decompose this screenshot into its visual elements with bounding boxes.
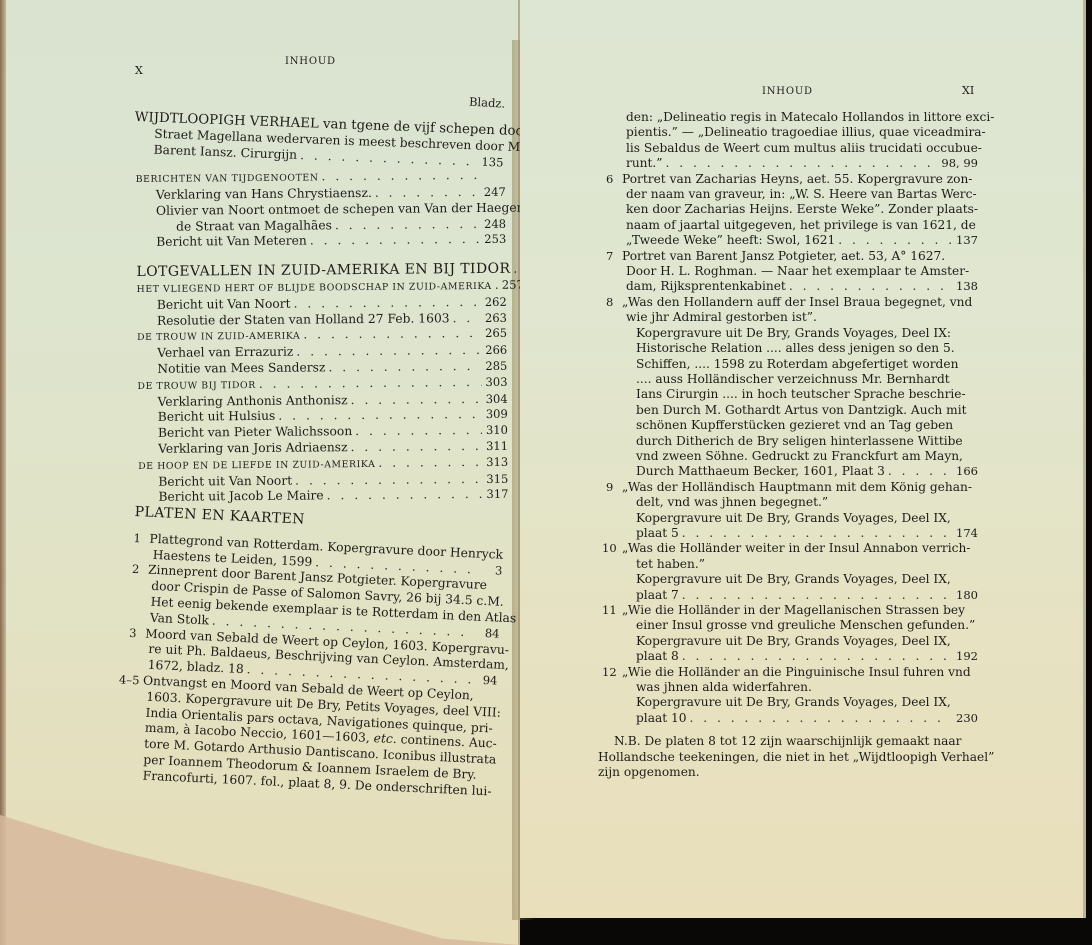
note-line: N.B. De platen 8 tot 12 zijn waarschijnl… [598,734,978,749]
toc-right-main: den: „Delineatio regis in Matecalo Holla… [606,110,978,780]
entry-line: tet haben.” [606,557,978,572]
dot-leader [663,156,938,171]
entry-line: Ians Cirurgin .... in hoch teutscher Spr… [606,387,978,402]
entry-title: Verklaring van Hans Chrystiaensz. [156,186,372,204]
dot-leader [293,343,481,360]
dot-leader [450,311,481,327]
page-ref: 248 [480,216,506,232]
dot-leader [679,526,952,541]
entry-line: „Was der Holländisch Hauptmann mit dem K… [622,480,972,494]
entry-line: pientis.” — „Delineatio tragoediae illiu… [606,125,978,140]
page-ref: 266 [481,343,507,359]
page-ref: 84 [473,625,500,642]
entry-line: „Was den Hollandern auff der Insel Braua… [622,295,972,309]
dot-leader [347,439,482,456]
page-ref: 303 [481,375,507,391]
page-ref: 192 [952,649,978,664]
entry-line: schönen Kupfferstücken gezieret vnd an T… [606,418,978,433]
group-heading: De trouw in Zuid-Amerika [137,329,300,346]
dot-leader [687,711,952,726]
entry-line: naam of jaartal uitgegeven, het privileg… [606,218,978,233]
dot-leader [324,487,483,504]
entry-line: Kopergravure uit De Bry, Grands Voyages,… [606,634,978,649]
italic-etc: etc. [373,731,397,746]
entry-line: vnd zween Söhne. Gedruckt zu Franckfurt … [606,449,978,464]
dot-leader [256,375,482,393]
page-ref: 166 [952,464,978,479]
entry-title: Notitie van Mees Sandersz [157,360,325,377]
plate-number: 10 [602,541,622,556]
page-ref: 265 [481,326,507,342]
dot-leader [348,392,482,409]
entry-title: Bericht uit Hulsius [158,409,276,426]
entry-line: „Was die Holländer weiter in der Insul A… [622,541,970,555]
entry-line: „Wie die Holländer in der Magellanischen… [622,603,965,617]
page-ref: 262 [481,295,507,311]
dot-leader [835,233,952,248]
page-ref: 137 [952,233,978,248]
plate-number: 1 [133,531,150,548]
entry-line: delt, vnd was jhnen begegnet.” [606,495,978,510]
entry-line: plaat 8 [636,649,679,664]
plate-number: 3 [129,625,146,642]
plate-entry-7[interactable]: 7Portret van Barent Jansz Potgieter, aet… [606,249,978,295]
note-line: Hollandsche teekeningen, die niet in het… [598,750,978,765]
entry-title: Verhael van Errazuriz [157,345,293,362]
page-ref: 174 [952,526,978,541]
plate-number: 6 [606,172,622,187]
entry-line: „Tweede Weke” heeft: Swol, 1621 [626,233,835,248]
dot-leader [307,232,481,249]
toc-group-berichten: Berichten van tijdgenooten Verklaring va… [136,168,507,251]
plate-entry-6[interactable]: 6Portret van Zacharias Heyns, aet. 55. K… [606,172,978,249]
entry-line: plaat 5 [636,526,679,541]
page-ref: 247 [480,185,506,201]
running-head-right: INHOUD [762,86,813,97]
toc-entry[interactable]: Bericht uit Jacob Le Maire 317 [138,487,508,506]
entry-line: .... auss Holländischer verzeichnuss Mr.… [606,372,978,387]
page-ref: 253 [480,232,506,248]
entry-title: Verklaring Anthonis Anthonisz [158,393,348,410]
dot-leader [300,326,481,343]
page-ref: 309 [482,407,508,423]
plate-number: 12 [602,665,622,680]
entry-line: einer Insul grosse vnd greuliche Mensche… [606,618,978,633]
entry-title: Bericht uit Van Noort [157,296,291,313]
plate-number: 2 [132,562,149,579]
page-ref: 285 [481,359,507,375]
plate-number: 11 [602,603,622,618]
plate-entry-10[interactable]: 10„Was die Holländer weiter in der Insul… [606,541,978,603]
dot-leader [325,359,481,376]
entry-title: Bericht van Pieter Walichssoon [158,424,352,441]
entry-line: „Wie die Holländer an die Pinguinische I… [622,665,971,679]
entry-line: Portret van Barent Jansz Potgieter, aet.… [622,249,945,263]
dot-leader [375,455,482,472]
page-ref: 315 [482,471,508,487]
dot-leader [679,588,952,603]
page-ref: 263 [481,310,507,326]
entry-line: Kopergravure uit De Bry, Grands Voyages,… [606,695,978,710]
entry-title: de Straat van Magalhães [176,218,332,235]
toc-entry[interactable]: Lotgevallen in Zuid-Amerika en bij Tidor… [136,262,506,281]
dot-leader [332,217,480,234]
page-ref: 313 [482,454,508,470]
entry-line: runt.” [626,156,663,171]
dot-leader [292,472,482,489]
dot-leader [679,649,952,664]
entry-line: Door H. L. Roghman. — Naar het exemplaar… [606,264,978,279]
entry-line: durch Ditherich de Bry seligen hinterlas… [606,434,978,449]
entry-line: ken door Zacharias Heijns. Eerste Weke”.… [606,202,978,217]
entry-line: plaat 7 [636,588,679,603]
dot-leader [885,464,952,479]
plate-entry-continuation[interactable]: den: „Delineatio regis in Matecalo Holla… [606,110,978,172]
entry-line: wie jhr Admiral gestorben ist”. [606,310,978,325]
page-number-right: XI [962,84,974,97]
entry-line: den: „Delineatio regis in Matecalo Holla… [606,110,978,125]
group-heading: De trouw bij Tidor [137,378,255,395]
dot-leader [275,407,482,425]
entry-title: Verklaring van Joris Adriaensz [158,440,348,457]
toc-group-lotgevallen: Lotgevallen in Zuid-Amerika en bij Tidor… [136,262,508,506]
entry-title: Bericht uit Jacob Le Maire [158,489,323,506]
dot-leader [786,279,952,294]
running-head-left: INHOUD [285,56,336,67]
toc-left-main: Bladz. WIJDTLOOPIGH VERHAEL van tgene de… [135,97,509,506]
entry-line: Portret van Zacharias Heyns, aet. 55. Ko… [622,172,972,186]
plate-entry-12[interactable]: 12„Wie die Holländer an die Pinguinische… [606,665,978,727]
page-ref: 98, 99 [938,156,978,171]
note-line: zijn opgenomen. [598,765,978,780]
page-ref: 311 [482,439,508,455]
entry-title: Bericht uit Van Noort [158,473,292,490]
entry-line: dam, Rijksprentenkabinet [626,279,786,294]
entry-line: Durch Matthaeum Becker, 1601, Plaat 3 [636,464,885,479]
plate-number: 9 [606,480,622,495]
entry-line: lis Sebaldus de Weert cum multus aliis t… [606,141,978,156]
plate-number: 7 [606,249,622,264]
page-ref: 317 [482,487,508,503]
dot-leader [318,168,479,185]
toc-left-plates: Platen en kaarten 1Plattegrond van Rotte… [122,505,504,800]
dot-leader [372,185,480,202]
plate-number: 8 [606,295,622,310]
book-scan: X INHOUD Bladz. WIJDTLOOPIGH VERHAEL van… [0,0,1092,945]
dot-leader [352,423,482,440]
section-heading: Lotgevallen in Zuid-Amerika en bij Tidor [136,262,510,281]
plate-entry-11[interactable]: 11„Wie die Holländer in der Magellanisch… [606,603,978,665]
page-ref: 304 [482,391,508,407]
page-ref: 230 [952,711,978,726]
torn-corner [0,815,520,945]
entry-line: Historische Relation .... alles dess jen… [606,341,978,356]
dot-leader [291,295,481,312]
entry-line: ben Durch M. Gothardt Artus von Dantzigk… [606,403,978,418]
entry-title: Bericht uit Van Meteren [156,234,307,251]
page-ref: 138 [952,279,978,294]
nb-note: N.B. De platen 8 tot 12 zijn waarschijnl… [598,734,978,780]
page-ref: 180 [952,588,978,603]
toc-entry[interactable]: Bericht uit Van Meteren 253 [136,232,506,251]
plate-entry-9[interactable]: 9„Was der Holländisch Hauptmann mit dem … [606,480,978,542]
plate-number: 4–5 [119,672,144,689]
entry-line: plaat 10 [636,711,687,726]
binding-edge [0,0,6,945]
page-ref: 3 [476,562,503,579]
plate-entry-4-5[interactable]: 4–5Ontvangst en Moord van Sebald de Weer… [122,673,497,800]
page-ref: 94 [471,673,498,690]
entry-line: der naam van graveur, in: „W. S. Heere v… [606,187,978,202]
entry-line: Kopergravure uit De Bry, Grands Voyages,… [606,572,978,587]
plate-entry-8[interactable]: 8„Was den Hollandern auff der Insel Brau… [606,295,978,480]
entry-line: Schiffen, .... 1598 zu Roterdam abgefert… [606,357,978,372]
entry-line: Kopergravure uit De Bry, Grands Voyages,… [606,326,978,341]
entry-line: Kopergravure uit De Bry, Grands Voyages,… [606,511,978,526]
group-heading: Berichten van tijdgenooten [136,171,319,188]
page-ref: 135 [477,154,504,171]
page-ref: 310 [482,423,508,439]
entry-line: was jhnen alda widerfahren. [606,680,978,695]
